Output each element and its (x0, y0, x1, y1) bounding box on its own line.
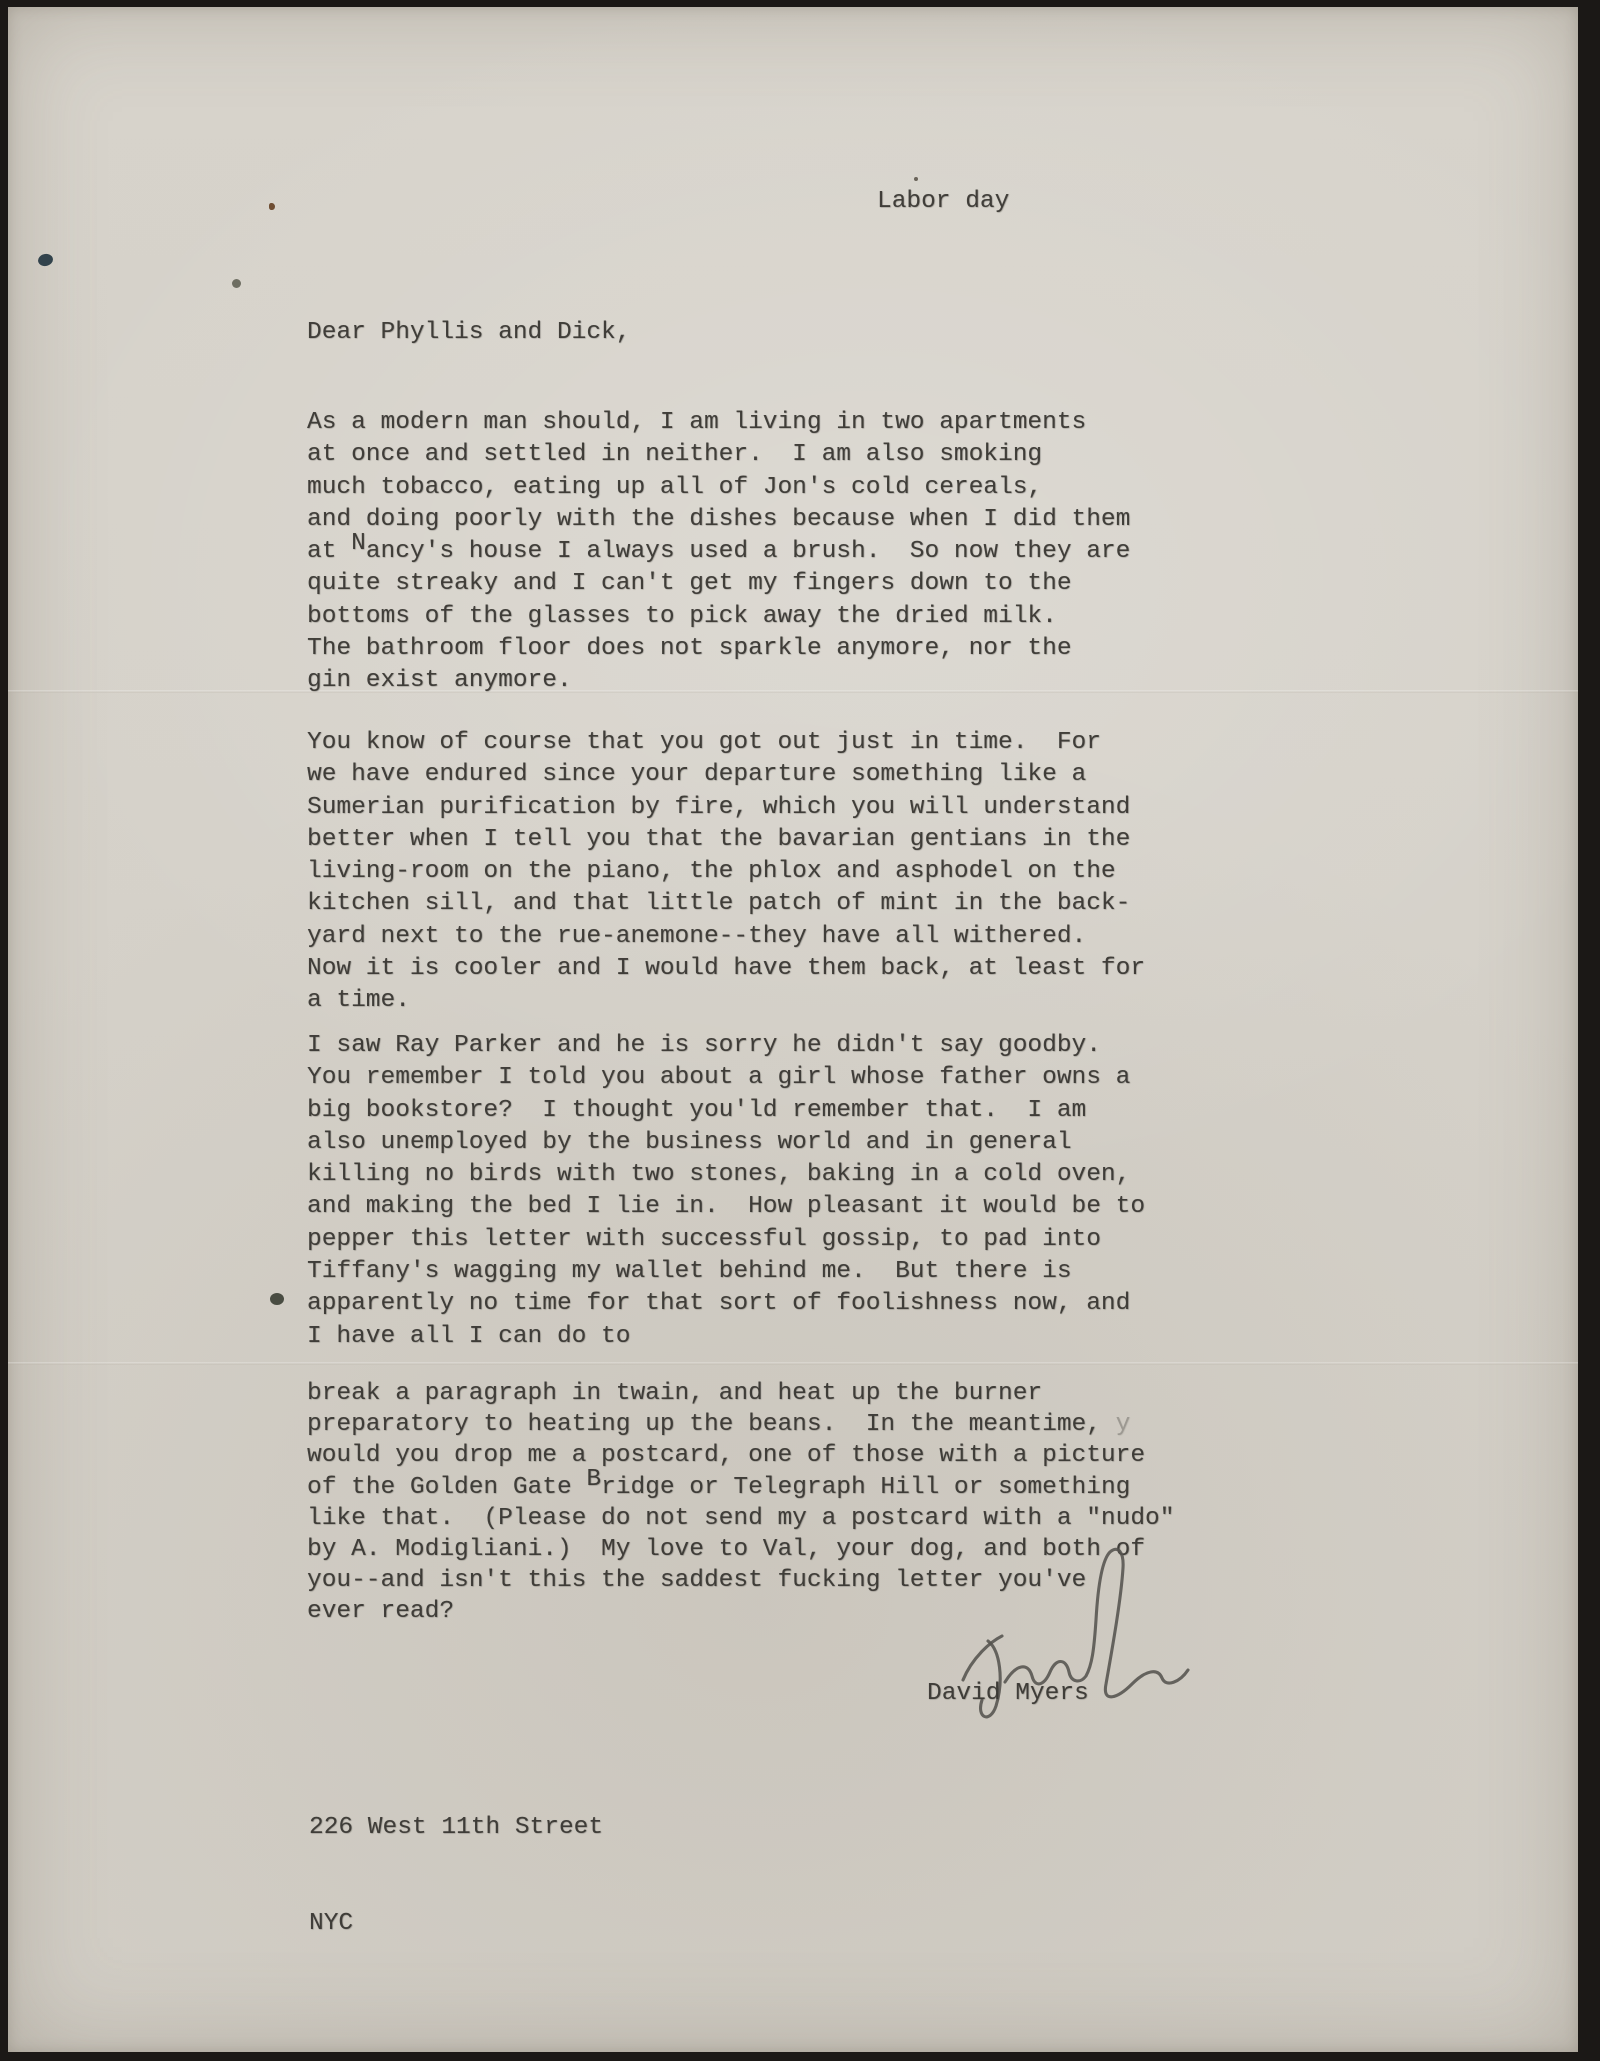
dust-speck (269, 203, 275, 210)
salutation: Dear Phyllis and Dick, (307, 317, 630, 349)
letter-line: gin exist anymore. (307, 665, 1130, 697)
letter-line: yard next to the rue-anemone--they have … (307, 921, 1145, 953)
dust-speck (914, 177, 918, 181)
letter-line: kitchen sill, and that little patch of m… (307, 888, 1145, 920)
letter-line: killing no birds with two stones, baking… (307, 1159, 1145, 1191)
letter-scan: Labor day Dear Phyllis and Dick, As a mo… (0, 0, 1600, 2061)
dust-speck (232, 279, 241, 288)
letter-line: Now it is cooler and I would have them b… (307, 953, 1145, 985)
typed-signature: David Myers (927, 1678, 1089, 1710)
letter-line: better when I tell you that the bavarian… (307, 824, 1145, 856)
letter-line: I saw Ray Parker and he is sorry he didn… (307, 1030, 1145, 1062)
letter-line: at Nancy's house I always used a brush. … (307, 536, 1130, 568)
letter-line: As a modern man should, I am living in t… (307, 407, 1130, 439)
letter-line: and making the bed I lie in. How pleasan… (307, 1191, 1145, 1223)
letter-line: I have all I can do to (307, 1321, 1145, 1353)
letter-line: at once and settled in neither. I am als… (307, 439, 1130, 471)
letter-line: and doing poorly with the dishes because… (307, 504, 1130, 536)
letter-line: break a paragraph in twain, and heat up … (307, 1378, 1174, 1409)
letter-line: living-room on the piano, the phlox and … (307, 856, 1145, 888)
letter-line: apparently no time for that sort of fool… (307, 1288, 1145, 1320)
fold-crease (8, 1362, 1578, 1365)
letter-line: much tobacco, eating up all of Jon's col… (307, 472, 1130, 504)
ink-speck (270, 1293, 284, 1305)
letter-line: would you drop me a postcard, one of tho… (307, 1440, 1174, 1471)
handwritten-signature (930, 1530, 1220, 1750)
letter-line: Tiffany's wagging my wallet behind me. B… (307, 1256, 1145, 1288)
letter-line: bottoms of the glasses to pick away the … (307, 601, 1130, 633)
letter-line: Sumerian purification by fire, which you… (307, 792, 1145, 824)
paragraph-3: I saw Ray Parker and he is sorry he didn… (307, 1030, 1145, 1353)
letter-line: The bathroom floor does not sparkle anym… (307, 633, 1130, 665)
paragraph-2: You know of course that you got out just… (307, 727, 1145, 1018)
letter-line: preparatory to heating up the beans. In … (307, 1409, 1174, 1440)
letter-line: of the Golden Gate Bridge or Telegraph H… (307, 1472, 1174, 1503)
letter-line: a time. (307, 985, 1145, 1017)
address-line: NYC (309, 1908, 603, 1940)
sender-address: 226 West 11th Street NYC (309, 1747, 603, 2005)
letter-line: pepper this letter with successful gossi… (307, 1224, 1145, 1256)
paragraph-1: As a modern man should, I am living in t… (307, 407, 1130, 698)
letter-line: You remember I told you about a girl who… (307, 1062, 1145, 1094)
date-line: Labor day (877, 186, 1009, 218)
letter-line: also unemployed by the business world an… (307, 1127, 1145, 1159)
letter-line: You know of course that you got out just… (307, 727, 1145, 759)
letter-line: big bookstore? I thought you'ld remember… (307, 1095, 1145, 1127)
ink-speck (37, 253, 54, 268)
letter-line: quite streaky and I can't get my fingers… (307, 568, 1130, 600)
letter-line: we have endured since your departure som… (307, 759, 1145, 791)
address-line: 226 West 11th Street (309, 1812, 603, 1844)
